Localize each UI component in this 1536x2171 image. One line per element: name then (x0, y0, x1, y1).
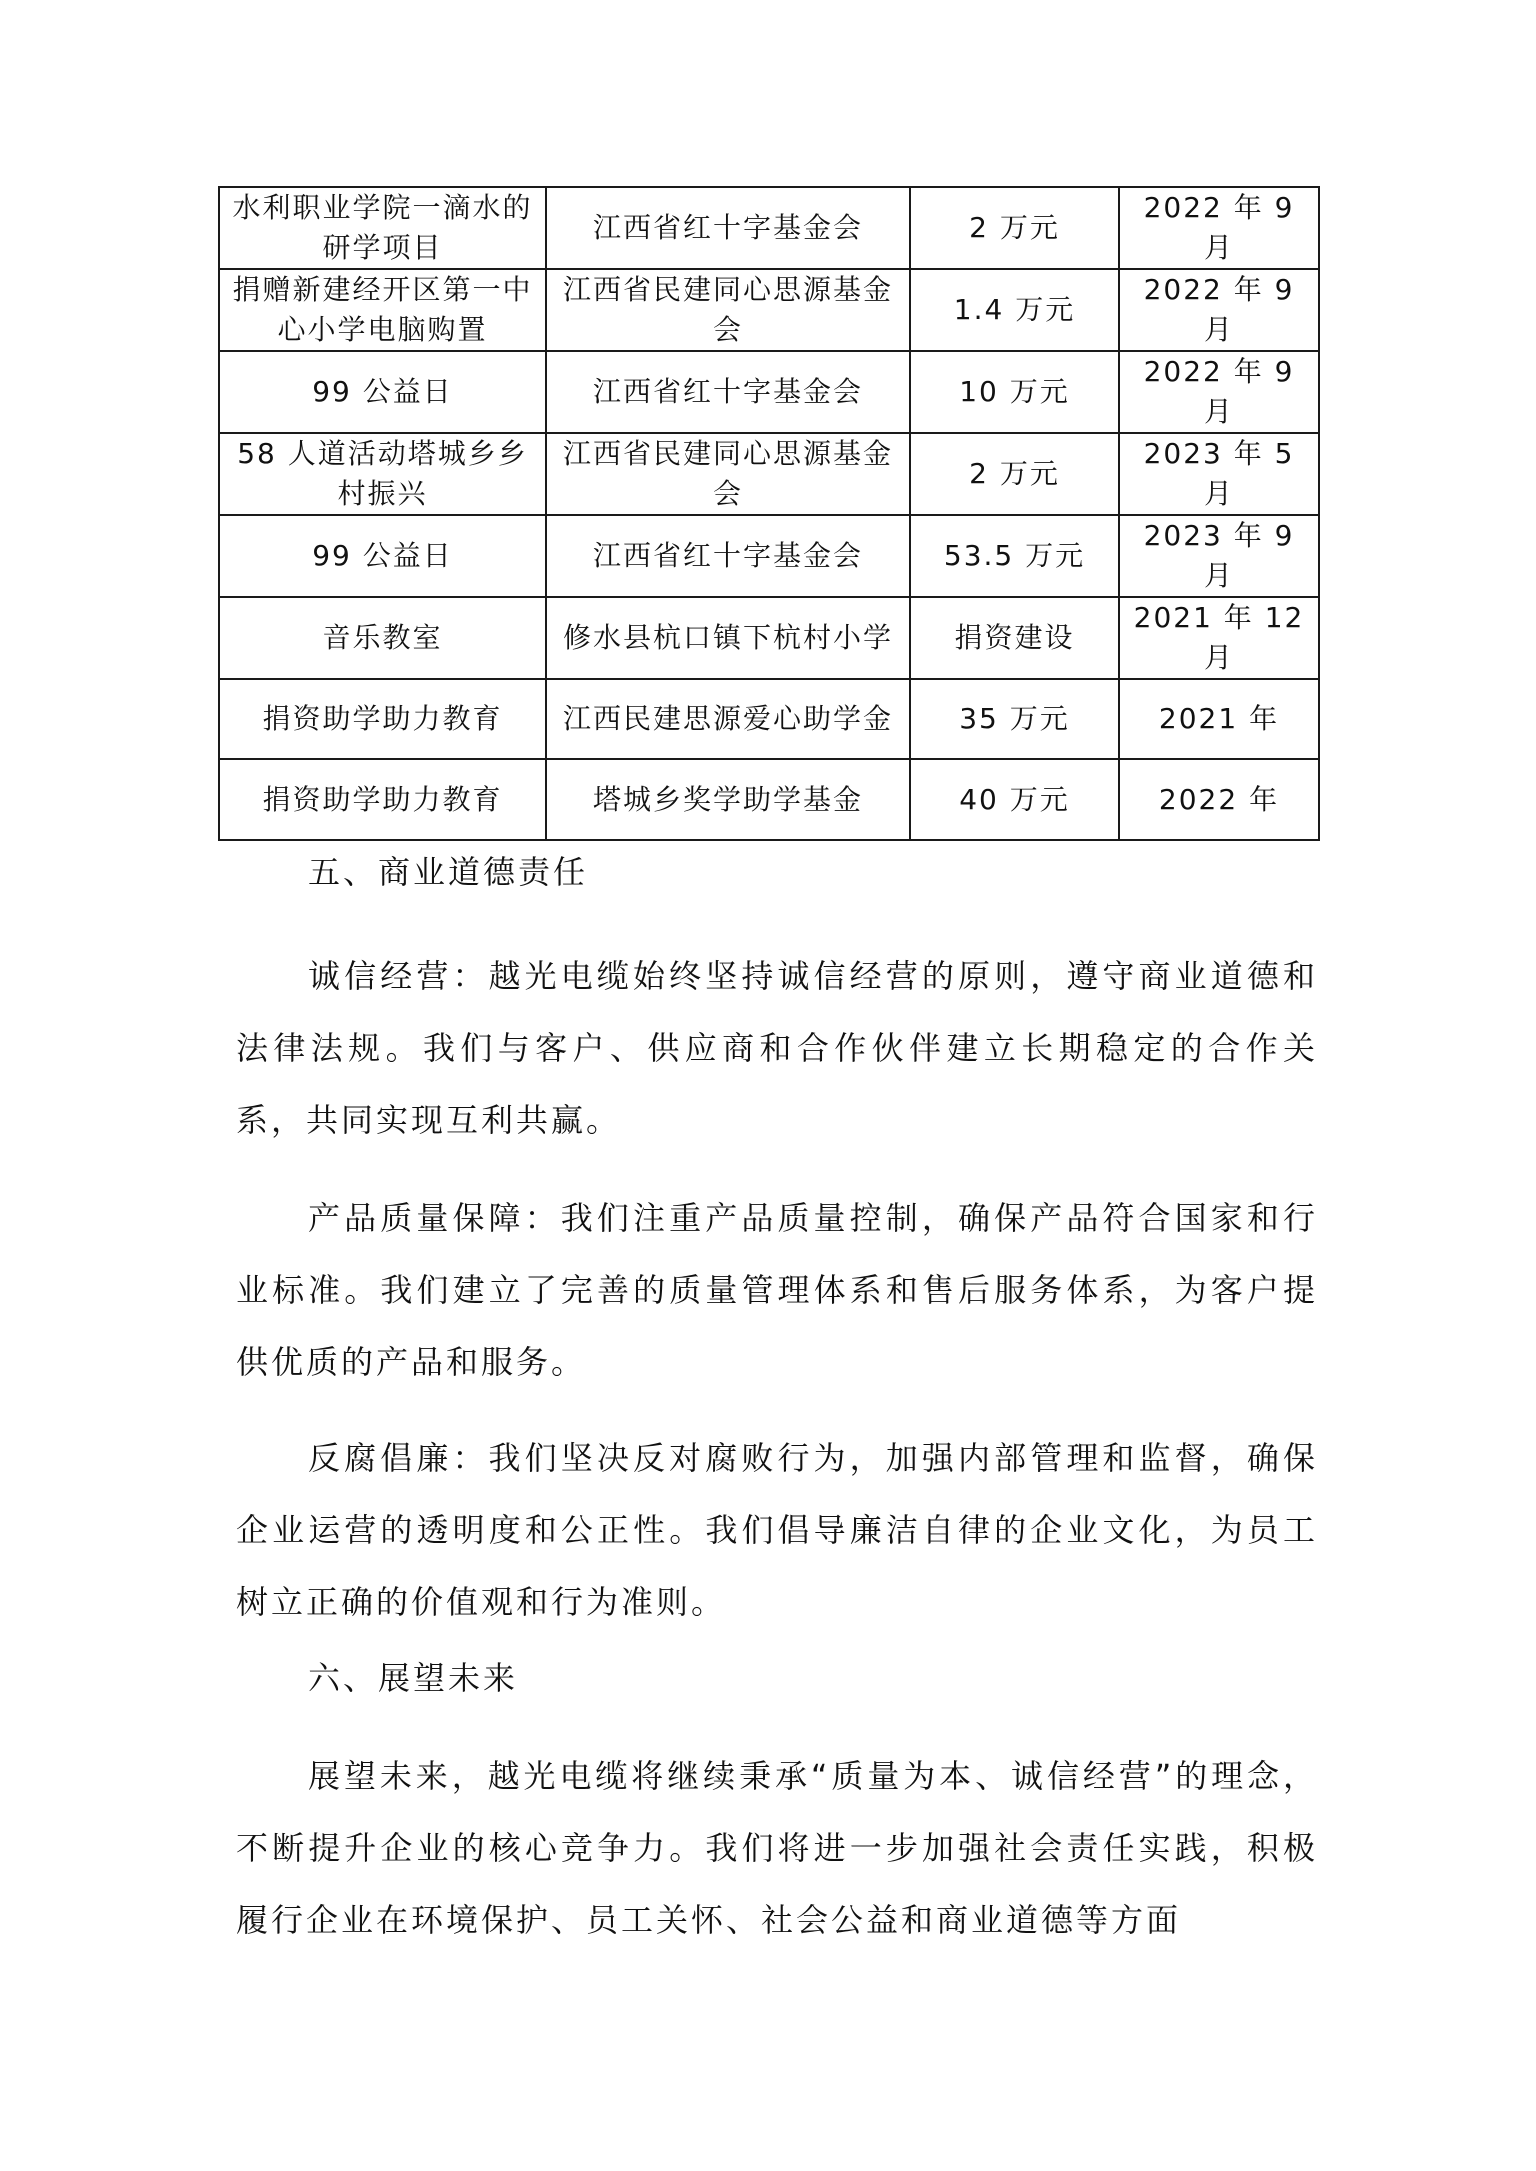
section-5-para-anticorruption: 反腐倡廉：我们坚决反对腐败行为，加强内部管理和监督，确保企业运营的透明度和公正性… (236, 1422, 1318, 1638)
cell-project: 99 公益日 (219, 515, 546, 597)
section-6-para-outlook: 展望未来，越光电缆将继续秉承“质量为本、诚信经营”的理念，不断提升企业的核心竞争… (236, 1740, 1318, 1956)
cell-project: 水利职业学院一滴水的研学项目 (219, 187, 546, 269)
paragraph: 反腐倡廉：我们坚决反对腐败行为，加强内部管理和监督，确保企业运营的透明度和公正性… (236, 1422, 1318, 1638)
cell-amount: 2 万元 (910, 187, 1119, 269)
paragraph: 展望未来，越光电缆将继续秉承“质量为本、诚信经营”的理念，不断提升企业的核心竞争… (236, 1740, 1318, 1956)
cell-project: 99 公益日 (219, 351, 546, 433)
table-row: 捐资助学助力教育 江西民建思源爱心助学金 35 万元 2021 年 (219, 679, 1319, 759)
cell-recipient: 江西省红十字基金会 (546, 515, 910, 597)
cell-date: 2022 年 9 月 (1119, 269, 1319, 351)
cell-recipient: 江西省红十字基金会 (546, 351, 910, 433)
table-row: 捐资助学助力教育 塔城乡奖学助学基金 40 万元 2022 年 (219, 759, 1319, 840)
cell-date: 2021 年 (1119, 679, 1319, 759)
cell-date: 2021 年 12 月 (1119, 597, 1319, 679)
section-5-para-quality: 产品质量保障：我们注重产品质量控制，确保产品符合国家和行业标准。我们建立了完善的… (236, 1182, 1318, 1398)
cell-project: 音乐教室 (219, 597, 546, 679)
cell-recipient: 江西省民建同心思源基金会 (546, 269, 910, 351)
cell-project: 捐资助学助力教育 (219, 679, 546, 759)
cell-amount: 40 万元 (910, 759, 1119, 840)
section-5-para-integrity: 诚信经营：越光电缆始终坚持诚信经营的原则，遵守商业道德和法律法规。我们与客户、供… (236, 940, 1318, 1156)
cell-date: 2022 年 9 月 (1119, 351, 1319, 433)
table-row: 99 公益日 江西省红十字基金会 53.5 万元 2023 年 9 月 (219, 515, 1319, 597)
section-6: 六、展望未来 (236, 1658, 1318, 1698)
cell-project: 捐赠新建经开区第一中心小学电脑购置 (219, 269, 546, 351)
cell-project: 捐资助学助力教育 (219, 759, 546, 840)
table-row: 58 人道活动塔城乡乡村振兴 江西省民建同心思源基金会 2 万元 2023 年 … (219, 433, 1319, 515)
section-5: 五、商业道德责任 (236, 852, 1318, 892)
cell-amount: 2 万元 (910, 433, 1119, 515)
cell-amount: 捐资建设 (910, 597, 1119, 679)
table-row: 音乐教室 修水县杭口镇下杭村小学 捐资建设 2021 年 12 月 (219, 597, 1319, 679)
cell-date: 2023 年 9 月 (1119, 515, 1319, 597)
paragraph: 诚信经营：越光电缆始终坚持诚信经营的原则，遵守商业道德和法律法规。我们与客户、供… (236, 940, 1318, 1156)
cell-amount: 10 万元 (910, 351, 1119, 433)
cell-amount: 53.5 万元 (910, 515, 1119, 597)
cell-date: 2022 年 9 月 (1119, 187, 1319, 269)
section-heading: 六、展望未来 (236, 1658, 1318, 1698)
table-row: 99 公益日 江西省红十字基金会 10 万元 2022 年 9 月 (219, 351, 1319, 433)
cell-recipient: 江西省红十字基金会 (546, 187, 910, 269)
cell-recipient: 修水县杭口镇下杭村小学 (546, 597, 910, 679)
cell-project: 58 人道活动塔城乡乡村振兴 (219, 433, 546, 515)
cell-recipient: 塔城乡奖学助学基金 (546, 759, 910, 840)
cell-recipient: 江西民建思源爱心助学金 (546, 679, 910, 759)
document-page: 水利职业学院一滴水的研学项目 江西省红十字基金会 2 万元 2022 年 9 月… (0, 0, 1536, 2171)
paragraph: 产品质量保障：我们注重产品质量控制，确保产品符合国家和行业标准。我们建立了完善的… (236, 1182, 1318, 1398)
table-row: 水利职业学院一滴水的研学项目 江西省红十字基金会 2 万元 2022 年 9 月 (219, 187, 1319, 269)
donation-table: 水利职业学院一滴水的研学项目 江西省红十字基金会 2 万元 2022 年 9 月… (218, 186, 1320, 841)
table-row: 捐赠新建经开区第一中心小学电脑购置 江西省民建同心思源基金会 1.4 万元 20… (219, 269, 1319, 351)
cell-date: 2023 年 5 月 (1119, 433, 1319, 515)
cell-date: 2022 年 (1119, 759, 1319, 840)
cell-amount: 35 万元 (910, 679, 1119, 759)
section-heading: 五、商业道德责任 (236, 852, 1318, 892)
cell-recipient: 江西省民建同心思源基金会 (546, 433, 910, 515)
cell-amount: 1.4 万元 (910, 269, 1119, 351)
